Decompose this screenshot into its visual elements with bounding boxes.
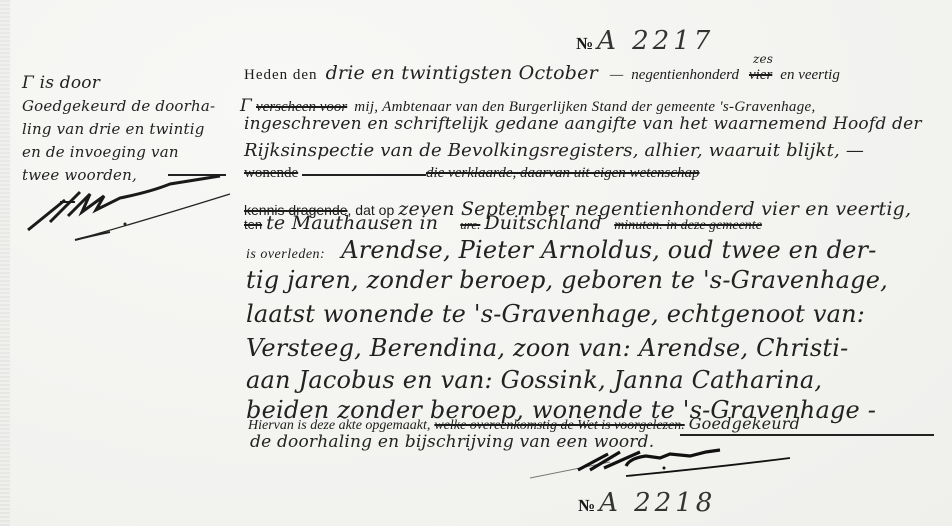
margin-signature (20, 172, 240, 252)
handwritten-date: drie en twintigsten October (326, 62, 598, 84)
margin-note-line: Goedgekeurd de doorha- (22, 95, 215, 118)
number-symbol: № (576, 34, 593, 53)
line-handwritten: Rijksinspectie van de Bevolkingsregister… (244, 140, 864, 161)
strike-rule (302, 174, 426, 176)
line-struck-2: die verklaarde, daarvan uit eigen wetens… (426, 164, 700, 182)
margin-note-line: en de invoeging van (22, 141, 215, 164)
line-date: Heden den drie en twintigsten October — … (244, 62, 840, 84)
struck-text: ure. (460, 217, 480, 232)
handwritten-place: te Mauthausen in (266, 212, 438, 234)
handwritten-approval: Goedgekeurd (689, 414, 800, 433)
line-official: Γ verscheen voor mij, Ambtenaar van den … (240, 96, 816, 116)
struck-text: die verklaarde, daarvan uit eigen wetens… (426, 165, 700, 181)
printed-text: Hiervan is deze akte opgemaakt, (248, 418, 430, 433)
line-handwritten: aan Jacobus en van: Gossink, Janna Catha… (246, 366, 822, 394)
certificate-number-value: A 2217 (597, 26, 714, 56)
number-symbol: № (578, 496, 595, 515)
certificate-number: № A 2217 (576, 26, 714, 56)
line-closing: Hiervan is deze akte opgemaakt, welke ov… (248, 414, 800, 434)
handwritten-country: Duitschland (484, 212, 602, 234)
correction: zes vier (749, 66, 772, 84)
line-handwritten: tig jaren, zonder beroep, geboren te 's-… (246, 266, 888, 294)
handwritten-deceased-name: Arendse, Pieter Arnoldus, oud twee en de… (341, 236, 876, 264)
next-certificate-number: № A 2218 (578, 488, 716, 518)
printed-text: en veertig (780, 67, 840, 83)
margin-note: Γ is door Goedgekeurd de doorha- ling va… (22, 72, 215, 187)
next-certificate-number-value: A 2218 (599, 488, 716, 518)
struck-word: vier (749, 67, 772, 83)
inserted-word: zes (753, 52, 773, 66)
line-place-of-death: ten te Mauthausen in ure. Duitschland mi… (244, 212, 762, 234)
margin-note-line: Γ is door (22, 72, 215, 95)
struck-text: verscheen voor (256, 99, 347, 115)
printed-text: is overleden: (246, 247, 325, 262)
line-handwritten: ingeschreven en schriftelijk gedane aang… (244, 114, 922, 134)
printed-text: Heden den (244, 67, 318, 83)
line-deceased: is overleden: Arendse, Pieter Arnoldus, … (246, 236, 877, 264)
margin-note-line: ling van drie en twintig (22, 118, 215, 141)
scanned-document-page: № A 2217 Γ is door Goedgekeurd de doorha… (0, 0, 952, 526)
struck-text: wonende (244, 165, 298, 181)
printed-text: negentienhonderd (631, 67, 739, 83)
closing-rule (680, 434, 934, 436)
struck-text: ten (244, 217, 262, 232)
line-struck: wonende (244, 164, 298, 182)
line-handwritten: laatst wonende te 's-Gravenhage, echtgen… (246, 300, 865, 328)
struck-text: welke overeenkomstig de Wet is voorgelez… (434, 418, 684, 433)
dash: — (610, 67, 623, 83)
insertion-mark: Γ (240, 96, 252, 116)
printed-text: mij, Ambtenaar van den Burgerlijken Stan… (354, 99, 815, 115)
line-handwritten: Versteeg, Berendina, zoon van: Arendse, … (246, 334, 848, 362)
page-edge (0, 0, 10, 526)
struck-text: minuten. in deze gemeente (614, 218, 762, 233)
